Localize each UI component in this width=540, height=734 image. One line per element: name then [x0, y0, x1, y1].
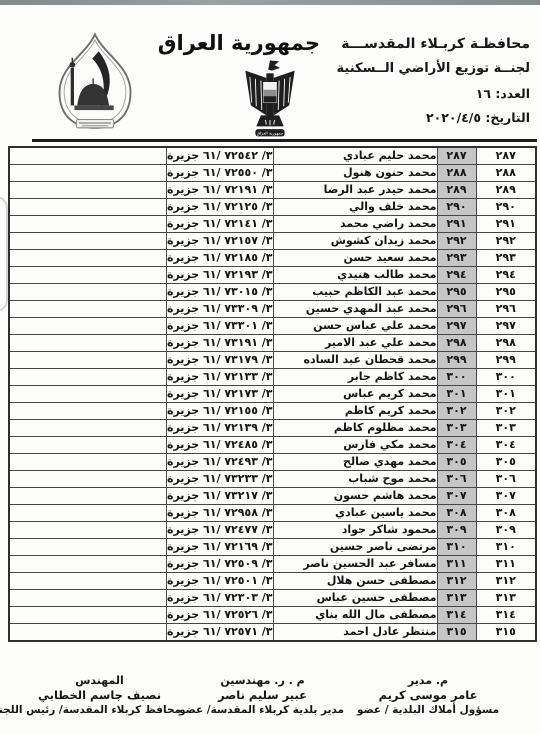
row-number-shaded-cell: ٣٠٢	[437, 403, 476, 420]
plot-info-cell: ٣/ ٧٢٤٩٣ /٦١ جزيرة	[166, 454, 273, 471]
empty-cell	[9, 522, 166, 539]
signature-position: محافظ كربلاء المقدسة/ رئيس اللجنة	[18, 704, 181, 716]
plot-info-cell: ٣/ ٧٢٥٥٠ /٦١ جزيرة	[166, 165, 273, 182]
table-row: ٢٩١ ٢٩١ محمد راضي محمد ٣/ ٧٢١٤١ /٦١ جزير…	[9, 216, 536, 233]
row-number-shaded-cell: ٣٠١	[437, 386, 476, 403]
empty-cell	[9, 607, 166, 624]
table-row: ٢٩٠ ٢٩٠ محمد خلف والي ٣/ ٧٢١٢٥ /٦١ جزيرة	[9, 199, 536, 216]
table-row: ٢٩٧ ٢٩٧ محمد علي عباس حسن ٣/ ٧٣٣٠١ /٦١ ج…	[9, 318, 536, 335]
table-row: ٣١١ ٣١١ مسافر عبد الحسين ناصر ٣/ ٧٢٥٠٩ /…	[9, 556, 536, 573]
iraq-emblem-svg: جمهورية العراق	[238, 56, 302, 140]
plot-info-cell: ٣/ ٧٢١٥٥ /٦١ جزيرة	[166, 403, 273, 420]
recipient-name-cell: محمد مكي فارس	[273, 437, 437, 454]
row-number-shaded-cell: ٣١٣	[437, 590, 476, 607]
table-row: ٢٨٩ ٢٨٩ محمد حيدر عبد الرضا ٣/ ٧٢١٩١ /٦١…	[9, 182, 536, 199]
signature-name: عامر موسى كريم	[344, 688, 512, 702]
signatures-footer: م. مدير عامر موسى كريم مسؤول أملاك البلد…	[18, 674, 512, 716]
scanned-document-page: جمهورية العراق جمهورية العراق محافظ	[0, 0, 540, 734]
table-row: ٣١٠ ٣١٠ مرتضى ناصر حسين ٣/ ٧٢١٦٩ /٦١ جزي…	[9, 539, 536, 556]
table-row: ٢٩٣ ٢٩٣ محمد سعيد حسن ٣/ ٧٢١٨٥ /٦١ جزيرة	[9, 250, 536, 267]
row-number-cell: ٢٩٠	[476, 199, 536, 216]
row-number-shaded-cell: ٣٠٧	[437, 488, 476, 505]
document-date: التاريخ: ٢٠٢٠/٤/٥	[337, 110, 530, 125]
row-number-shaded-cell: ٣٠٣	[437, 420, 476, 437]
emblem-banner-text: جمهورية العراق	[257, 131, 284, 136]
empty-cell	[9, 267, 166, 284]
recipient-name-cell: محمد حليم عبادي	[273, 147, 437, 165]
empty-cell	[9, 573, 166, 590]
plot-info-cell: ٣/ ٧٢٩٥٨ /٦١ جزيرة	[166, 505, 273, 522]
plot-info-cell: ٣/ ٧٣٢١٧ /٦١ جزيرة	[166, 488, 273, 505]
row-number-shaded-cell: ٢٩٣	[437, 250, 476, 267]
scan-artifact-top-strip	[0, 0, 540, 5]
row-number-shaded-cell: ٢٨٧	[437, 147, 476, 165]
row-number-cell: ٢٩٦	[476, 301, 536, 318]
document-title: جمهورية العراق	[188, 31, 320, 55]
recipient-name-cell: محمد عبد الكاظم حبيب	[273, 284, 437, 301]
row-number-shaded-cell: ٣٠٩	[437, 522, 476, 539]
table-row: ٣٠٩ ٣٠٩ محمود شاكر جواد ٣/ ٧٢٤٧٧ /٦١ جزي…	[9, 522, 536, 539]
empty-cell	[9, 284, 166, 301]
empty-cell	[9, 216, 166, 233]
signature-role: م . ر. مهندسين	[181, 674, 344, 687]
empty-cell	[9, 165, 166, 182]
plot-info-cell: ٣/ ٧٢٤٨٥ /٦١ جزيرة	[166, 437, 273, 454]
row-number-shaded-cell: ٢٩٥	[437, 284, 476, 301]
row-number-shaded-cell: ٣٠٦	[437, 471, 476, 488]
empty-cell	[9, 352, 166, 369]
empty-cell	[9, 624, 166, 642]
plot-info-cell: ٣/ ٧٢١٧٣ /٦١ جزيرة	[166, 386, 273, 403]
row-number-cell: ٣٠٧	[476, 488, 536, 505]
recipient-name-cell: محمد عبد المهدي حسين	[273, 301, 437, 318]
table-row: ٣٠١ ٣٠١ محمد كريم عباس ٣/ ٧٢١٧٣ /٦١ جزير…	[9, 386, 536, 403]
row-number-shaded-cell: ٣١٥	[437, 624, 476, 642]
plot-info-cell: ٣/ ٧٢١٩٣ /٦١ جزيرة	[166, 267, 273, 284]
karbala-governorate-logo-icon	[52, 27, 138, 139]
row-number-cell: ٢٩١	[476, 216, 536, 233]
row-number-shaded-cell: ٢٩٠	[437, 199, 476, 216]
plot-info-cell: ٣/ ٧٣٣٠٩ /٦١ جزيرة	[166, 301, 273, 318]
empty-cell	[9, 182, 166, 199]
office-name-line1: محافظـة كربـلاء المقدســـة	[337, 36, 530, 52]
plot-info-cell: ٣/ ٧٢٤٧٧ /٦١ جزيرة	[166, 522, 273, 539]
recipient-name-cell: محمد خلف والي	[273, 199, 437, 216]
recipient-name-cell: محمد مظلوم كاظم	[273, 420, 437, 437]
plot-info-cell: ٣/ ٧٢١٥٧ /٦١ جزيرة	[166, 233, 273, 250]
row-number-cell: ٣١٢	[476, 573, 536, 590]
plot-info-cell: ٣/ ٧٢٥٧١ /٦١ جزيرة	[166, 624, 273, 642]
row-number-cell: ٣١١	[476, 556, 536, 573]
empty-cell	[9, 454, 166, 471]
row-number-shaded-cell: ٢٩٨	[437, 335, 476, 352]
row-number-cell: ٣٠٣	[476, 420, 536, 437]
table-row: ٣٠٨ ٣٠٨ محمد ياسين عبادي ٣/ ٧٢٩٥٨ /٦١ جز…	[9, 505, 536, 522]
recipient-name-cell: محمد مهدي صالح	[273, 454, 437, 471]
row-number-shaded-cell: ٣٠٠	[437, 369, 476, 386]
empty-cell	[9, 386, 166, 403]
table-row: ٣١٢ ٣١٢ مصطفى حسن هلال ٣/ ٧٢٥٠١ /٦١ جزير…	[9, 573, 536, 590]
row-number-cell: ٢٩٣	[476, 250, 536, 267]
signature-name: عبير سليم ناصر	[181, 688, 344, 702]
recipient-name-cell: محمد زيدان كشوش	[273, 233, 437, 250]
signature-block-manager: م. مدير عامر موسى كريم مسؤول أملاك البلد…	[344, 674, 512, 716]
row-number-cell: ٢٨٧	[476, 147, 536, 165]
row-number-cell: ٣١٠	[476, 539, 536, 556]
header-office-block: محافظـة كربـلاء المقدســـة لجنــة توزيع …	[337, 36, 530, 125]
row-number-cell: ٣١٥	[476, 624, 536, 642]
row-number-cell: ٢٩٩	[476, 352, 536, 369]
empty-cell	[9, 556, 166, 573]
plot-info-cell: ٣/ ٧٣١٩١ /٦١ جزيرة	[166, 335, 273, 352]
signature-role: المهندس	[18, 674, 181, 687]
row-number-cell: ٢٩٥	[476, 284, 536, 301]
plot-info-cell: ٣/ ٧٢١٦٩ /٦١ جزيرة	[166, 539, 273, 556]
row-number-shaded-cell: ٣١٢	[437, 573, 476, 590]
table-row: ٢٩٨ ٢٩٨ محمد علي عبد الامير ٣/ ٧٣١٩١ /٦١…	[9, 335, 536, 352]
row-number-cell: ٢٩٢	[476, 233, 536, 250]
recipient-name-cell: محمد كريم عباس	[273, 386, 437, 403]
empty-cell	[9, 403, 166, 420]
table-row: ٣٠٢ ٣٠٢ محمد كريم كاظم ٣/ ٧٢١٥٥ /٦١ جزير…	[9, 403, 536, 420]
recipient-name-cell: محمد حيدر عبد الرضا	[273, 182, 437, 199]
empty-cell	[9, 335, 166, 352]
empty-cell	[9, 301, 166, 318]
plot-info-cell: ٣/ ٧٢٥٠١ /٦١ جزيرة	[166, 573, 273, 590]
table-row: ٢٩٥ ٢٩٥ محمد عبد الكاظم حبيب ٣/ ٧٣٠١٥ /٦…	[9, 284, 536, 301]
iraq-eagle-emblem-icon: جمهورية العراق	[238, 56, 302, 140]
table-row: ٢٨٨ ٢٨٨ محمد حنون هنول ٣/ ٧٢٥٥٠ /٦١ جزير…	[9, 165, 536, 182]
row-number-cell: ٢٨٨	[476, 165, 536, 182]
row-number-shaded-cell: ٢٩٩	[437, 352, 476, 369]
row-number-cell: ٣١٣	[476, 590, 536, 607]
recipient-name-cell: محمود شاكر جواد	[273, 522, 437, 539]
empty-cell	[9, 505, 166, 522]
table-row: ٣٠٣ ٣٠٣ محمد مظلوم كاظم ٣/ ٧٢١٣٩ /٦١ جزي…	[9, 420, 536, 437]
recipient-name-cell: محمد علي عباس حسن	[273, 318, 437, 335]
table-body: ٢٨٧ ٢٨٧ محمد حليم عبادي ٣/ ٧٢٥٤٢ /٦١ جزي…	[9, 147, 536, 641]
row-number-shaded-cell: ٢٩١	[437, 216, 476, 233]
recipient-name-cell: مصطفى حسن هلال	[273, 573, 437, 590]
row-number-cell: ٣٠٦	[476, 471, 536, 488]
table-row: ٣٠٧ ٣٠٧ محمد هاشم حسون ٣/ ٧٣٢١٧ /٦١ جزير…	[9, 488, 536, 505]
row-number-shaded-cell: ٣١١	[437, 556, 476, 573]
plot-info-cell: ٣/ ٧٣٣٠١ /٦١ جزيرة	[166, 318, 273, 335]
row-number-shaded-cell: ٣٠٥	[437, 454, 476, 471]
plot-info-cell: ٣/ ٧٢١٤١ /٦١ جزيرة	[166, 216, 273, 233]
plot-info-cell: ٣/ ٧٣٠١٥ /٦١ جزيرة	[166, 284, 273, 301]
empty-cell	[9, 147, 166, 165]
row-number-shaded-cell: ٣٠٨	[437, 505, 476, 522]
empty-cell	[9, 369, 166, 386]
plot-info-cell: ٣/ ٧٣١٧٩ /٦١ جزيرة	[166, 352, 273, 369]
table-row: ٢٩٦ ٢٩٦ محمد عبد المهدي حسين ٣/ ٧٣٣٠٩ /٦…	[9, 301, 536, 318]
plot-info-cell: ٣/ ٧٢١٣٣ /٦١ جزيرة	[166, 369, 273, 386]
office-name-line2: لجنــة توزيع الأراضي الــسكنية	[337, 61, 530, 76]
row-number-shaded-cell: ٢٩٢	[437, 233, 476, 250]
row-number-cell: ٢٨٩	[476, 182, 536, 199]
table-row: ٣٠٠ ٣٠٠ محمد كاظم جابر ٣/ ٧٢١٣٣ /٦١ جزير…	[9, 369, 536, 386]
recipient-name-cell: محمد موح شباب	[273, 471, 437, 488]
signature-name: نصيف جاسم الخطابي	[18, 688, 181, 702]
empty-cell	[9, 437, 166, 454]
signature-role: م. مدير	[344, 674, 512, 687]
row-number-shaded-cell: ٢٩٦	[437, 301, 476, 318]
recipient-name-cell: محمد كاظم جابر	[273, 369, 437, 386]
row-number-shaded-cell: ٢٨٩	[437, 182, 476, 199]
recipient-name-cell: محمد كريم كاظم	[273, 403, 437, 420]
table-row: ٣٠٥ ٣٠٥ محمد مهدي صالح ٣/ ٧٢٤٩٣ /٦١ جزير…	[9, 454, 536, 471]
recipient-name-cell: محمد قحطان عبد الساده	[273, 352, 437, 369]
recipient-name-cell: محمد ياسين عبادي	[273, 505, 437, 522]
table-row: ٢٩٩ ٢٩٩ محمد قحطان عبد الساده ٣/ ٧٣١٧٩ /…	[9, 352, 536, 369]
table-row: ٣١٤ ٣١٤ مصطفى مال الله بناي ٣/ ٧٢٥٢٦ /٦١…	[9, 607, 536, 624]
row-number-shaded-cell: ٢٩٧	[437, 318, 476, 335]
empty-cell	[9, 420, 166, 437]
plot-info-cell: ٣/ ٧٢٥٢٦ /٦١ جزيرة	[166, 607, 273, 624]
signature-block-governor: المهندس نصيف جاسم الخطابي محافظ كربلاء ا…	[18, 674, 181, 716]
plot-info-cell: ٣/ ٧٢١٨٥ /٦١ جزيرة	[166, 250, 273, 267]
row-number-cell: ٢٩٨	[476, 335, 536, 352]
row-number-cell: ٣٠٥	[476, 454, 536, 471]
table-row: ٣١٥ ٣١٥ منتظر عادل احمد ٣/ ٧٢٥٧١ /٦١ جزي…	[9, 624, 536, 642]
empty-cell	[9, 539, 166, 556]
empty-cell	[9, 199, 166, 216]
table-row: ٢٩٢ ٢٩٢ محمد زيدان كشوش ٣/ ٧٢١٥٧ /٦١ جزي…	[9, 233, 536, 250]
empty-cell	[9, 590, 166, 607]
recipient-name-cell: منتظر عادل احمد	[273, 624, 437, 642]
row-number-shaded-cell: ٣١٤	[437, 607, 476, 624]
row-number-cell: ٣٠٠	[476, 369, 536, 386]
plot-info-cell: ٣/ ٧٢٣٠٣ /٦١ جزيرة	[166, 590, 273, 607]
signature-position: مدير بلدية كربلاء المقدسة/ عضو	[181, 704, 344, 716]
table-row: ٢٩٤ ٢٩٤ محمد طالب هنيدي ٣/ ٧٢١٩٣ /٦١ جزي…	[9, 267, 536, 284]
empty-cell	[9, 471, 166, 488]
row-number-cell: ٢٩٧	[476, 318, 536, 335]
signature-position: مسؤول أملاك البلدية / عضو	[344, 704, 512, 716]
plot-info-cell: ٣/ ٧٢١٣٩ /٦١ جزيرة	[166, 420, 273, 437]
empty-cell	[9, 250, 166, 267]
row-number-shaded-cell: ٣١٠	[437, 539, 476, 556]
recipient-name-cell: مصطفى حسين عباس	[273, 590, 437, 607]
recipient-name-cell: محمد طالب هنيدي	[273, 267, 437, 284]
land-allocation-table: ٢٨٧ ٢٨٧ محمد حليم عبادي ٣/ ٧٢٥٤٢ /٦١ جزي…	[8, 146, 537, 642]
row-number-cell: ٣٠٩	[476, 522, 536, 539]
recipient-name-cell: محمد راضي محمد	[273, 216, 437, 233]
recipient-name-cell: محمد سعيد حسن	[273, 250, 437, 267]
scan-artifact-left-frame	[0, 196, 8, 312]
row-number-shaded-cell: ٢٨٨	[437, 165, 476, 182]
recipient-name-cell: مصطفى مال الله بناي	[273, 607, 437, 624]
plot-info-cell: ٣/ ٧٢٥٤٢ /٦١ جزيرة	[166, 147, 273, 165]
table-row: ٣٠٤ ٣٠٤ محمد مكي فارس ٣/ ٧٢٤٨٥ /٦١ جزيرة	[9, 437, 536, 454]
recipient-name-cell: مسافر عبد الحسين ناصر	[273, 556, 437, 573]
signature-block-chief-engineer: م . ر. مهندسين عبير سليم ناصر مدير بلدية…	[181, 674, 344, 716]
row-number-cell: ٢٩٤	[476, 267, 536, 284]
table-row: ٢٨٧ ٢٨٧ محمد حليم عبادي ٣/ ٧٢٥٤٢ /٦١ جزي…	[9, 147, 536, 165]
row-number-shaded-cell: ٣٠٤	[437, 437, 476, 454]
plot-info-cell: ٣/ ٧٢١٢٥ /٦١ جزيرة	[166, 199, 273, 216]
plot-info-cell: ٣/ ٧٣٢٣٣ /٦١ جزيرة	[166, 471, 273, 488]
row-number-cell: ٣٠٢	[476, 403, 536, 420]
recipient-name-cell: مرتضى ناصر حسين	[273, 539, 437, 556]
row-number-cell: ٣٠١	[476, 386, 536, 403]
empty-cell	[9, 488, 166, 505]
recipient-name-cell: محمد علي عبد الامير	[273, 335, 437, 352]
empty-cell	[9, 233, 166, 250]
karbala-logo-svg	[52, 27, 138, 139]
recipient-name-cell: محمد هاشم حسون	[273, 488, 437, 505]
table-row: ٣١٣ ٣١٣ مصطفى حسين عباس ٣/ ٧٢٣٠٣ /٦١ جزي…	[9, 590, 536, 607]
table-row: ٣٠٦ ٣٠٦ محمد موح شباب ٣/ ٧٣٢٣٣ /٦١ جزيرة	[9, 471, 536, 488]
plot-info-cell: ٣/ ٧٢٥٠٩ /٦١ جزيرة	[166, 556, 273, 573]
header-divider-rule	[32, 139, 537, 142]
plot-info-cell: ٣/ ٧٢١٩١ /٦١ جزيرة	[166, 182, 273, 199]
document-number: العدد: ١٦	[337, 86, 530, 101]
empty-cell	[9, 318, 166, 335]
row-number-cell: ٣٠٤	[476, 437, 536, 454]
row-number-cell: ٣١٤	[476, 607, 536, 624]
row-number-shaded-cell: ٢٩٤	[437, 267, 476, 284]
row-number-cell: ٣٠٨	[476, 505, 536, 522]
recipient-name-cell: محمد حنون هنول	[273, 165, 437, 182]
